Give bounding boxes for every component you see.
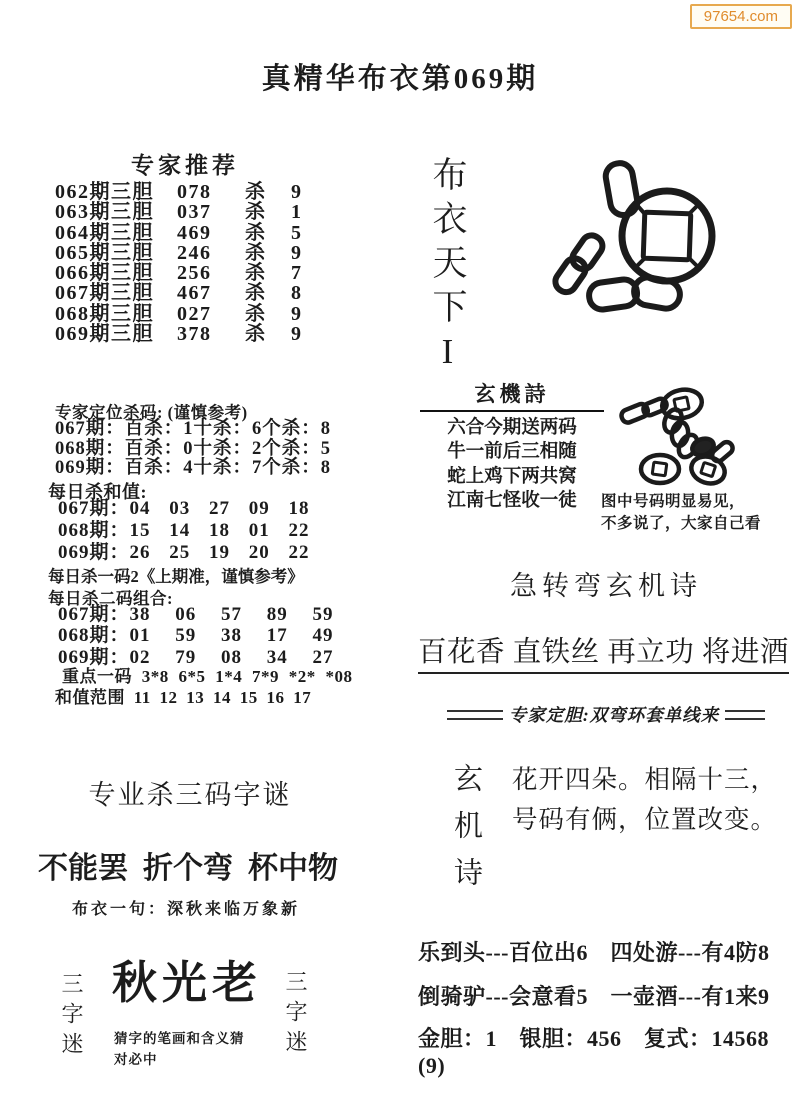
coin-image-note: 图中号码明显易见， 不多说了，大家自己看 <box>601 491 761 534</box>
hint-line: 乐到头---百位出6 四处游---有4防8 <box>418 936 769 967</box>
position-kill-row: 069期：百杀：4十杀：7个杀：8 <box>55 459 331 479</box>
kill-label-cell: 杀 <box>245 304 291 324</box>
note-line: 猜字的笔画和含义猜 <box>114 1028 245 1049</box>
kill-value-cell: 7 <box>291 263 313 283</box>
kill-label-cell: 杀 <box>245 263 291 283</box>
pick-cell: 037 <box>177 202 245 222</box>
daily-kill-one-note: 每日杀一码2《上期准，谨慎参考》 <box>48 563 304 587</box>
daily-kill-sum-rows: 067期：04 03 27 09 18 068期：15 14 18 01 22 … <box>58 498 310 563</box>
page-title: 真精华布衣第069期 <box>0 56 800 97</box>
three-char-label-left: 三字迷 <box>56 972 87 1062</box>
three-char-answer: 秋光老 <box>112 946 262 1011</box>
table-row: 067期三胆467杀8 <box>55 283 313 303</box>
xuanji-vertical-label: 玄机诗 <box>446 763 487 904</box>
three-char-note: 猜字的笔画和含义猜 对必中 <box>114 1028 245 1070</box>
double-line-decoration <box>725 710 765 720</box>
period-cell: 067期三胆 <box>55 283 177 303</box>
buyi-sentence: 布衣一句：深秋来临万象新 <box>72 896 300 919</box>
pick-cell: 246 <box>177 243 245 263</box>
table-row: 068期三胆027杀9 <box>55 304 313 324</box>
kill-three-title: 专业杀三码字谜 <box>40 773 340 812</box>
sharp-turn-riddle-line: 百花香 直铁丝 再立功 将进酒 <box>418 629 789 674</box>
kill-value-cell: 9 <box>291 304 313 324</box>
expert-dan-text: 专家定胆:双弯环套单线来 <box>509 702 719 727</box>
dan-summary-line: 金胆：1 银胆：456 复式：14568 (9) <box>418 1022 800 1079</box>
poem-line: 号码有俩，位置改变。 <box>512 800 777 840</box>
period-cell: 069期三胆 <box>55 324 177 344</box>
table-row: 069期三胆378杀9 <box>55 324 313 344</box>
period-cell: 068期三胆 <box>55 304 177 324</box>
table-row: 064期三胆469杀5 <box>55 223 313 243</box>
pick-cell: 027 <box>177 304 245 324</box>
note-line: 对必中 <box>114 1049 245 1070</box>
coin-chain-illustration <box>604 382 764 488</box>
poem-line: 江南七怪收一徒 <box>420 489 604 513</box>
period-cell: 064期三胆 <box>55 223 177 243</box>
pick-cell: 256 <box>177 263 245 283</box>
daily-sum-row: 069期：26 25 19 20 22 <box>58 542 310 564</box>
daily-two-row: 067期：38 06 57 89 59 <box>58 604 334 625</box>
site-badge[interactable]: 97654.com <box>690 4 792 29</box>
table-row: 065期三胆246杀9 <box>55 243 313 263</box>
kill-value-cell: 9 <box>291 243 313 263</box>
expert-recommend-table: 062期三胆078杀9 063期三胆037杀1 064期三胆469杀5 065期… <box>55 182 313 344</box>
period-cell: 065期三胆 <box>55 243 177 263</box>
kill-label-cell: 杀 <box>245 223 291 243</box>
kill-label-cell: 杀 <box>245 182 291 202</box>
poem-line: 花开四朵。相隔十三， <box>512 760 777 800</box>
kill-three-riddle: 不能罢 折个弯 杯中物 <box>38 843 368 887</box>
period-cell: 062期三胆 <box>55 182 177 202</box>
kill-value-cell: 5 <box>291 223 313 243</box>
coin-illustration <box>472 153 772 338</box>
kill-value-cell: 8 <box>291 283 313 303</box>
pick-cell: 378 <box>177 324 245 344</box>
xuanji-box-lines: 六合今期送两码 牛一前后三相随 蛇上鸡下两共窝 江南七怪收一徒 <box>420 412 604 514</box>
note-line: 图中号码明显易见， <box>601 491 761 513</box>
xuanji-poem: 花开四朵。相隔十三， 号码有俩，位置改变。 <box>512 760 777 840</box>
three-char-label-right: 三字迷 <box>280 970 311 1060</box>
note-line: 不多说了，大家自己看 <box>601 513 761 535</box>
kill-label-cell: 杀 <box>245 202 291 222</box>
sum-range-line: 和值范围 11 12 13 14 15 16 17 <box>55 683 311 708</box>
kill-label-cell: 杀 <box>245 324 291 344</box>
lottery-sheet-page: 97654.com 真精华布衣第069期 专家推荐 062期三胆078杀9 06… <box>0 0 800 1114</box>
position-kill-row: 068期：百杀：0十杀：2个杀：5 <box>55 440 331 460</box>
daily-sum-row: 068期：15 14 18 01 22 <box>58 520 310 542</box>
xuanji-box-heading: 玄機詩 <box>420 378 604 412</box>
expert-dan-row: 专家定胆:双弯环套单线来 <box>420 702 792 727</box>
xuanji-poem-box: 玄機詩 六合今期送两码 牛一前后三相随 蛇上鸡下两共窝 江南七怪收一徒 <box>420 378 604 514</box>
period-cell: 063期三胆 <box>55 202 177 222</box>
kill-label-cell: 杀 <box>245 243 291 263</box>
period-cell: 066期三胆 <box>55 263 177 283</box>
poem-line: 六合今期送两码 <box>420 416 604 440</box>
kill-value-cell: 9 <box>291 182 313 202</box>
table-row: 062期三胆078杀9 <box>55 182 313 202</box>
poem-line: 牛一前后三相随 <box>420 440 604 464</box>
position-kill-rows: 067期：百杀：1十杀：6个杀：8 068期：百杀：0十杀：2个杀：5 069期… <box>55 420 331 479</box>
table-row: 063期三胆037杀1 <box>55 202 313 222</box>
daily-two-row: 068期：01 59 38 17 49 <box>58 625 334 646</box>
pick-cell: 469 <box>177 223 245 243</box>
buyi-tianxia-vertical-title: 布衣天下I <box>428 156 466 380</box>
double-line-decoration <box>447 710 503 720</box>
poem-line: 蛇上鸡下两共窝 <box>420 465 604 489</box>
sharp-turn-heading: 急转弯玄机诗 <box>420 564 792 603</box>
pick-cell: 078 <box>177 182 245 202</box>
kill-label-cell: 杀 <box>245 283 291 303</box>
daily-sum-row: 067期：04 03 27 09 18 <box>58 498 310 520</box>
table-row: 066期三胆256杀7 <box>55 263 313 283</box>
daily-kill-two-rows: 067期：38 06 57 89 59 068期：01 59 38 17 49 … <box>58 604 334 668</box>
position-kill-row: 067期：百杀：1十杀：6个杀：8 <box>55 420 331 440</box>
kill-value-cell: 9 <box>291 324 313 344</box>
hint-line: 倒骑驴---会意看5 一壶酒---有1来9 <box>418 980 769 1011</box>
pick-cell: 467 <box>177 283 245 303</box>
expert-recommend-heading: 专家推荐 <box>40 147 330 180</box>
kill-value-cell: 1 <box>291 202 313 222</box>
